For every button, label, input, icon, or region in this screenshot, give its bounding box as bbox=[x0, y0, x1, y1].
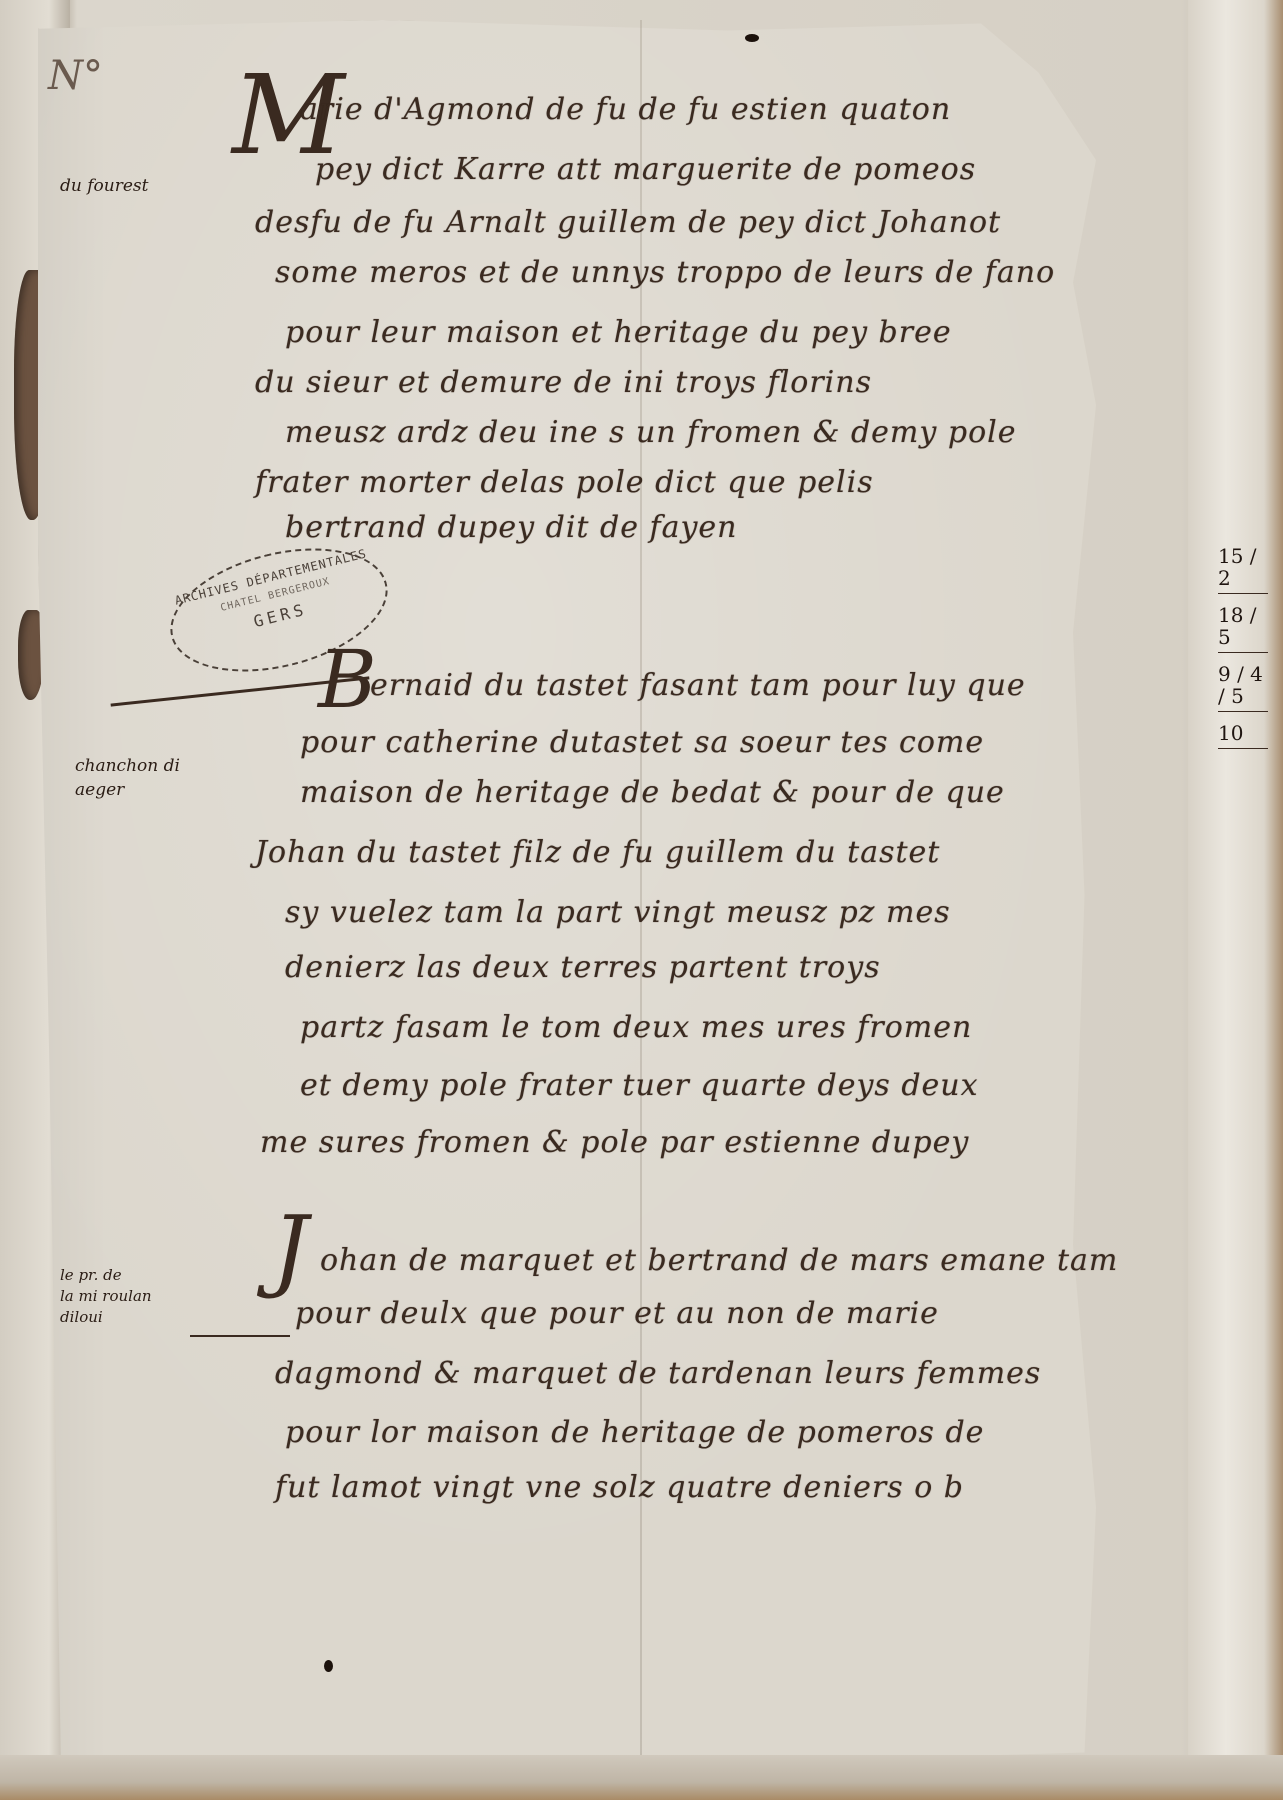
text-line: meusz ardz deu ine s un fromen & demy po… bbox=[285, 415, 1016, 450]
text-line: some meros et de unnys troppo de leurs d… bbox=[275, 255, 1055, 290]
text-line: Johan du tastet filz de fu guillem du ta… bbox=[255, 835, 940, 870]
table-surface bbox=[0, 1755, 1283, 1800]
text-line: bertrand dupey dit de fayen bbox=[285, 510, 738, 545]
text-line: pour deulx que pour et au non de marie bbox=[295, 1296, 939, 1331]
text-line: me sures fromen & pole par estienne dupe… bbox=[260, 1125, 969, 1160]
folio-mark: N° bbox=[48, 48, 103, 104]
text-line: ernaid du tastet fasant tam pour luy que bbox=[370, 668, 1026, 703]
margin-note: le pr. de la mi roulan diloui bbox=[60, 1265, 152, 1328]
text-line: pey dict Karre att marguerite de pomeos bbox=[315, 152, 976, 187]
tab-number: 18 / 5 bbox=[1218, 604, 1268, 653]
initial-flourish bbox=[190, 1335, 290, 1337]
text-line: pour lor maison de heritage de pomeros d… bbox=[285, 1415, 984, 1450]
margin-note: chanchon di aeger bbox=[75, 755, 180, 803]
right-adjacent-leaf bbox=[1188, 0, 1283, 1800]
text-line: fut lamot vingt vne solz quatre deniers … bbox=[275, 1470, 964, 1505]
text-line: du sieur et demure de ini troys florins bbox=[255, 365, 872, 400]
entry-initial: J bbox=[272, 1205, 308, 1295]
text-line: partz fasam le tom deux mes ures fromen bbox=[300, 1010, 972, 1045]
text-line: pour catherine dutastet sa soeur tes com… bbox=[300, 725, 984, 760]
text-line: desfu de fu Arnalt guillem de pey dict J… bbox=[255, 205, 1001, 240]
text-line: frater morter delas pole dict que pelis bbox=[255, 465, 874, 500]
tab-number: 10 bbox=[1218, 722, 1268, 749]
ink-blot bbox=[324, 1660, 333, 1672]
text-line: denierz las deux terres partent troys bbox=[285, 950, 881, 985]
ink-blot bbox=[745, 34, 759, 42]
right-tab-numbers: 15 / 2 18 / 5 9 / 4 / 5 10 bbox=[1218, 545, 1268, 759]
text-line: ohan de marquet et bertrand de mars eman… bbox=[320, 1243, 1118, 1278]
text-line: maison de heritage de bedat & pour de qu… bbox=[300, 775, 1005, 810]
text-line: dagmond & marquet de tardenan leurs femm… bbox=[275, 1356, 1041, 1391]
text-line: pour leur maison et heritage du pey bree bbox=[285, 315, 952, 350]
margin-note: du fourest bbox=[60, 175, 148, 199]
tab-number: 15 / 2 bbox=[1218, 545, 1268, 594]
tab-number: 9 / 4 / 5 bbox=[1218, 663, 1268, 712]
text-line: sy vuelez tam la part vingt meusz pz mes bbox=[285, 895, 951, 930]
text-line: arie d'Agmond de fu de fu estien quaton bbox=[300, 92, 951, 127]
text-line: et demy pole frater tuer quarte deys deu… bbox=[300, 1068, 979, 1103]
